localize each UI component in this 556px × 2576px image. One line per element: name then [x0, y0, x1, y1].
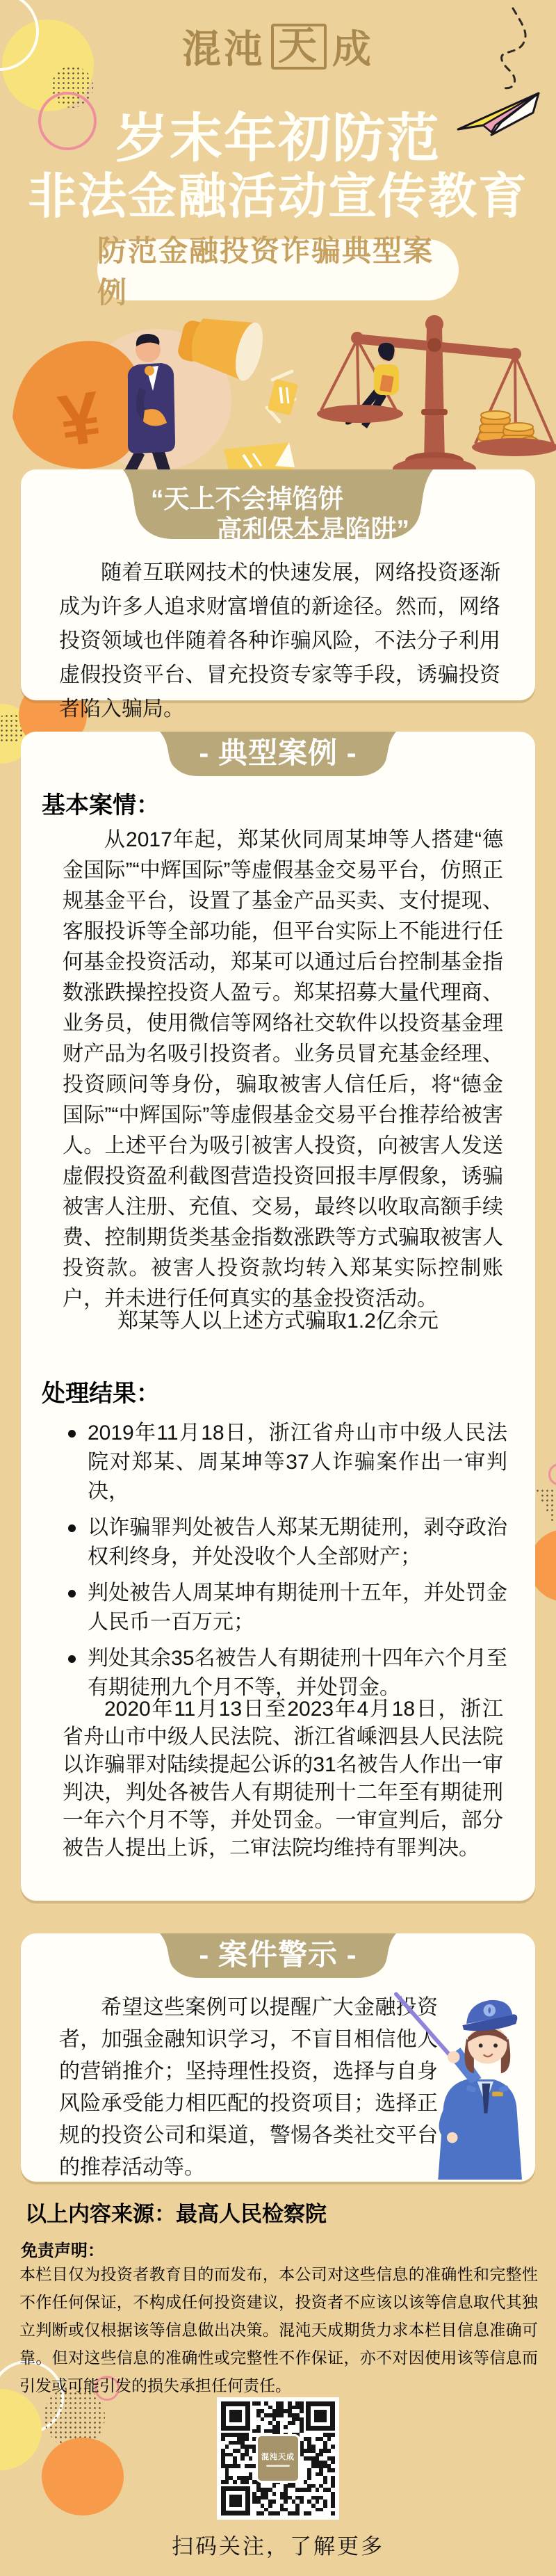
pink-edge-ring-decoration [548, 1463, 556, 1486]
qr-finder-icon [306, 2401, 335, 2431]
poster-page: 混沌天成 岁末年初防范 非法金融活动宣传教育 防范金融投资诈骗典型案例 ¥ [0, 0, 556, 2576]
result-bullet: 判处被告人周某坤有期徒刑十五年，并处罚金人民币一百万元； [64, 1579, 507, 1637]
intro-paragraph: 随着互联网技术的快速发展，网络投资逐渐成为许多人追求财富增值的新途径。然而，网络… [59, 556, 500, 726]
warning-badge: - 案件警示 - [153, 1933, 403, 1978]
qr-caption: 扫码关注，了解更多 [0, 2529, 556, 2560]
brand-logo: 混沌天成 [0, 19, 556, 74]
qr-center-label: 混沌天成 [261, 2451, 295, 2462]
page-title-line2: 非法金融活动宣传教育 [0, 157, 556, 227]
qr-center-bar [266, 2465, 290, 2467]
result-heading: 处理结果： [42, 1374, 160, 1408]
qr-code: 混沌天成 [217, 2397, 339, 2520]
orange-bottom-circle-decoration [42, 2438, 124, 2515]
police-officer-illustration [387, 1977, 530, 2180]
result-bullet: 以诈骗罪判处被告人郑某无期徒刑，剥夺政治权利终身，并处没收个人全部财产； [64, 1513, 507, 1572]
result-bullet: 判处其余35名被告人有期徒刑十四年六个月至有期徒刑九个月不等，并处罚金。 [64, 1644, 507, 1702]
fraud-amount-line: 郑某等人以上述方式骗取1.2亿余元 [21, 1303, 535, 1334]
quote-line2: 高利保本是陷阱” [217, 508, 410, 546]
brand-logo-left: 混沌 [182, 19, 265, 74]
disclaimer-heading: 免责声明： [21, 2237, 104, 2261]
brand-logo-right: 成 [332, 19, 374, 74]
hero-illustration: ¥ [0, 306, 556, 487]
intro-card: “天上不会掉馅饼 高利保本是陷阱” 随着互联网技术的快速发展，网络投资逐渐成为许… [21, 469, 535, 700]
result-paragraph: 2020年11月13日至2023年4月18日，浙江省舟山市中级人民法院、浙江省嵊… [63, 1696, 503, 1862]
subtitle-pill: 防范金融投资诈骗典型案例 [97, 239, 459, 300]
warning-paragraph: 希望这些案例可以提醒广大金融投资者，加强金融知识学习，不盲目相信他人的营销推介；… [59, 1992, 438, 2184]
content-source-line: 以上内容来源：最高人民检察院 [25, 2196, 327, 2228]
qr-finder-icon [221, 2401, 250, 2431]
facts-heading: 基本案情： [42, 786, 160, 820]
result-bullet: 2019年11月18日，浙江省舟山市中级人民法院对郑某、周某坤等37人诈骗案作出… [64, 1419, 507, 1506]
result-bullet-list: 2019年11月18日，浙江省舟山市中级人民法院对郑某、周某坤等37人诈骗案作出… [64, 1419, 507, 1709]
facts-paragraph: 从2017年起，郑某伙同周某坤等人搭建“德金国际”“中辉国际”等虚假基金交易平台… [63, 825, 503, 1314]
case-badge: - 典型案例 - [153, 732, 403, 776]
disclaimer-body: 本栏目仅为投资者教育目的而发布，本公司对这些信息的准确性和完整性不作任何保证，不… [19, 2260, 538, 2399]
quote-plaque: “天上不会掉馅饼 高利保本是陷阱” [115, 469, 441, 539]
edge-dot-triangle-decoration [535, 1488, 556, 1530]
case-card: - 典型案例 - 基本案情： 从2017年起，郑某伙同周某坤等人搭建“德金国际”… [21, 732, 535, 1901]
qr-finder-icon [221, 2486, 250, 2515]
qr-center-logo: 混沌天成 [256, 2434, 300, 2483]
brand-logo-seal: 天 [271, 24, 327, 70]
warning-card: - 案件警示 - 希望这些案例可以提醒广大金融投资者，加强金融知识学习，不盲目相… [21, 1933, 535, 2182]
